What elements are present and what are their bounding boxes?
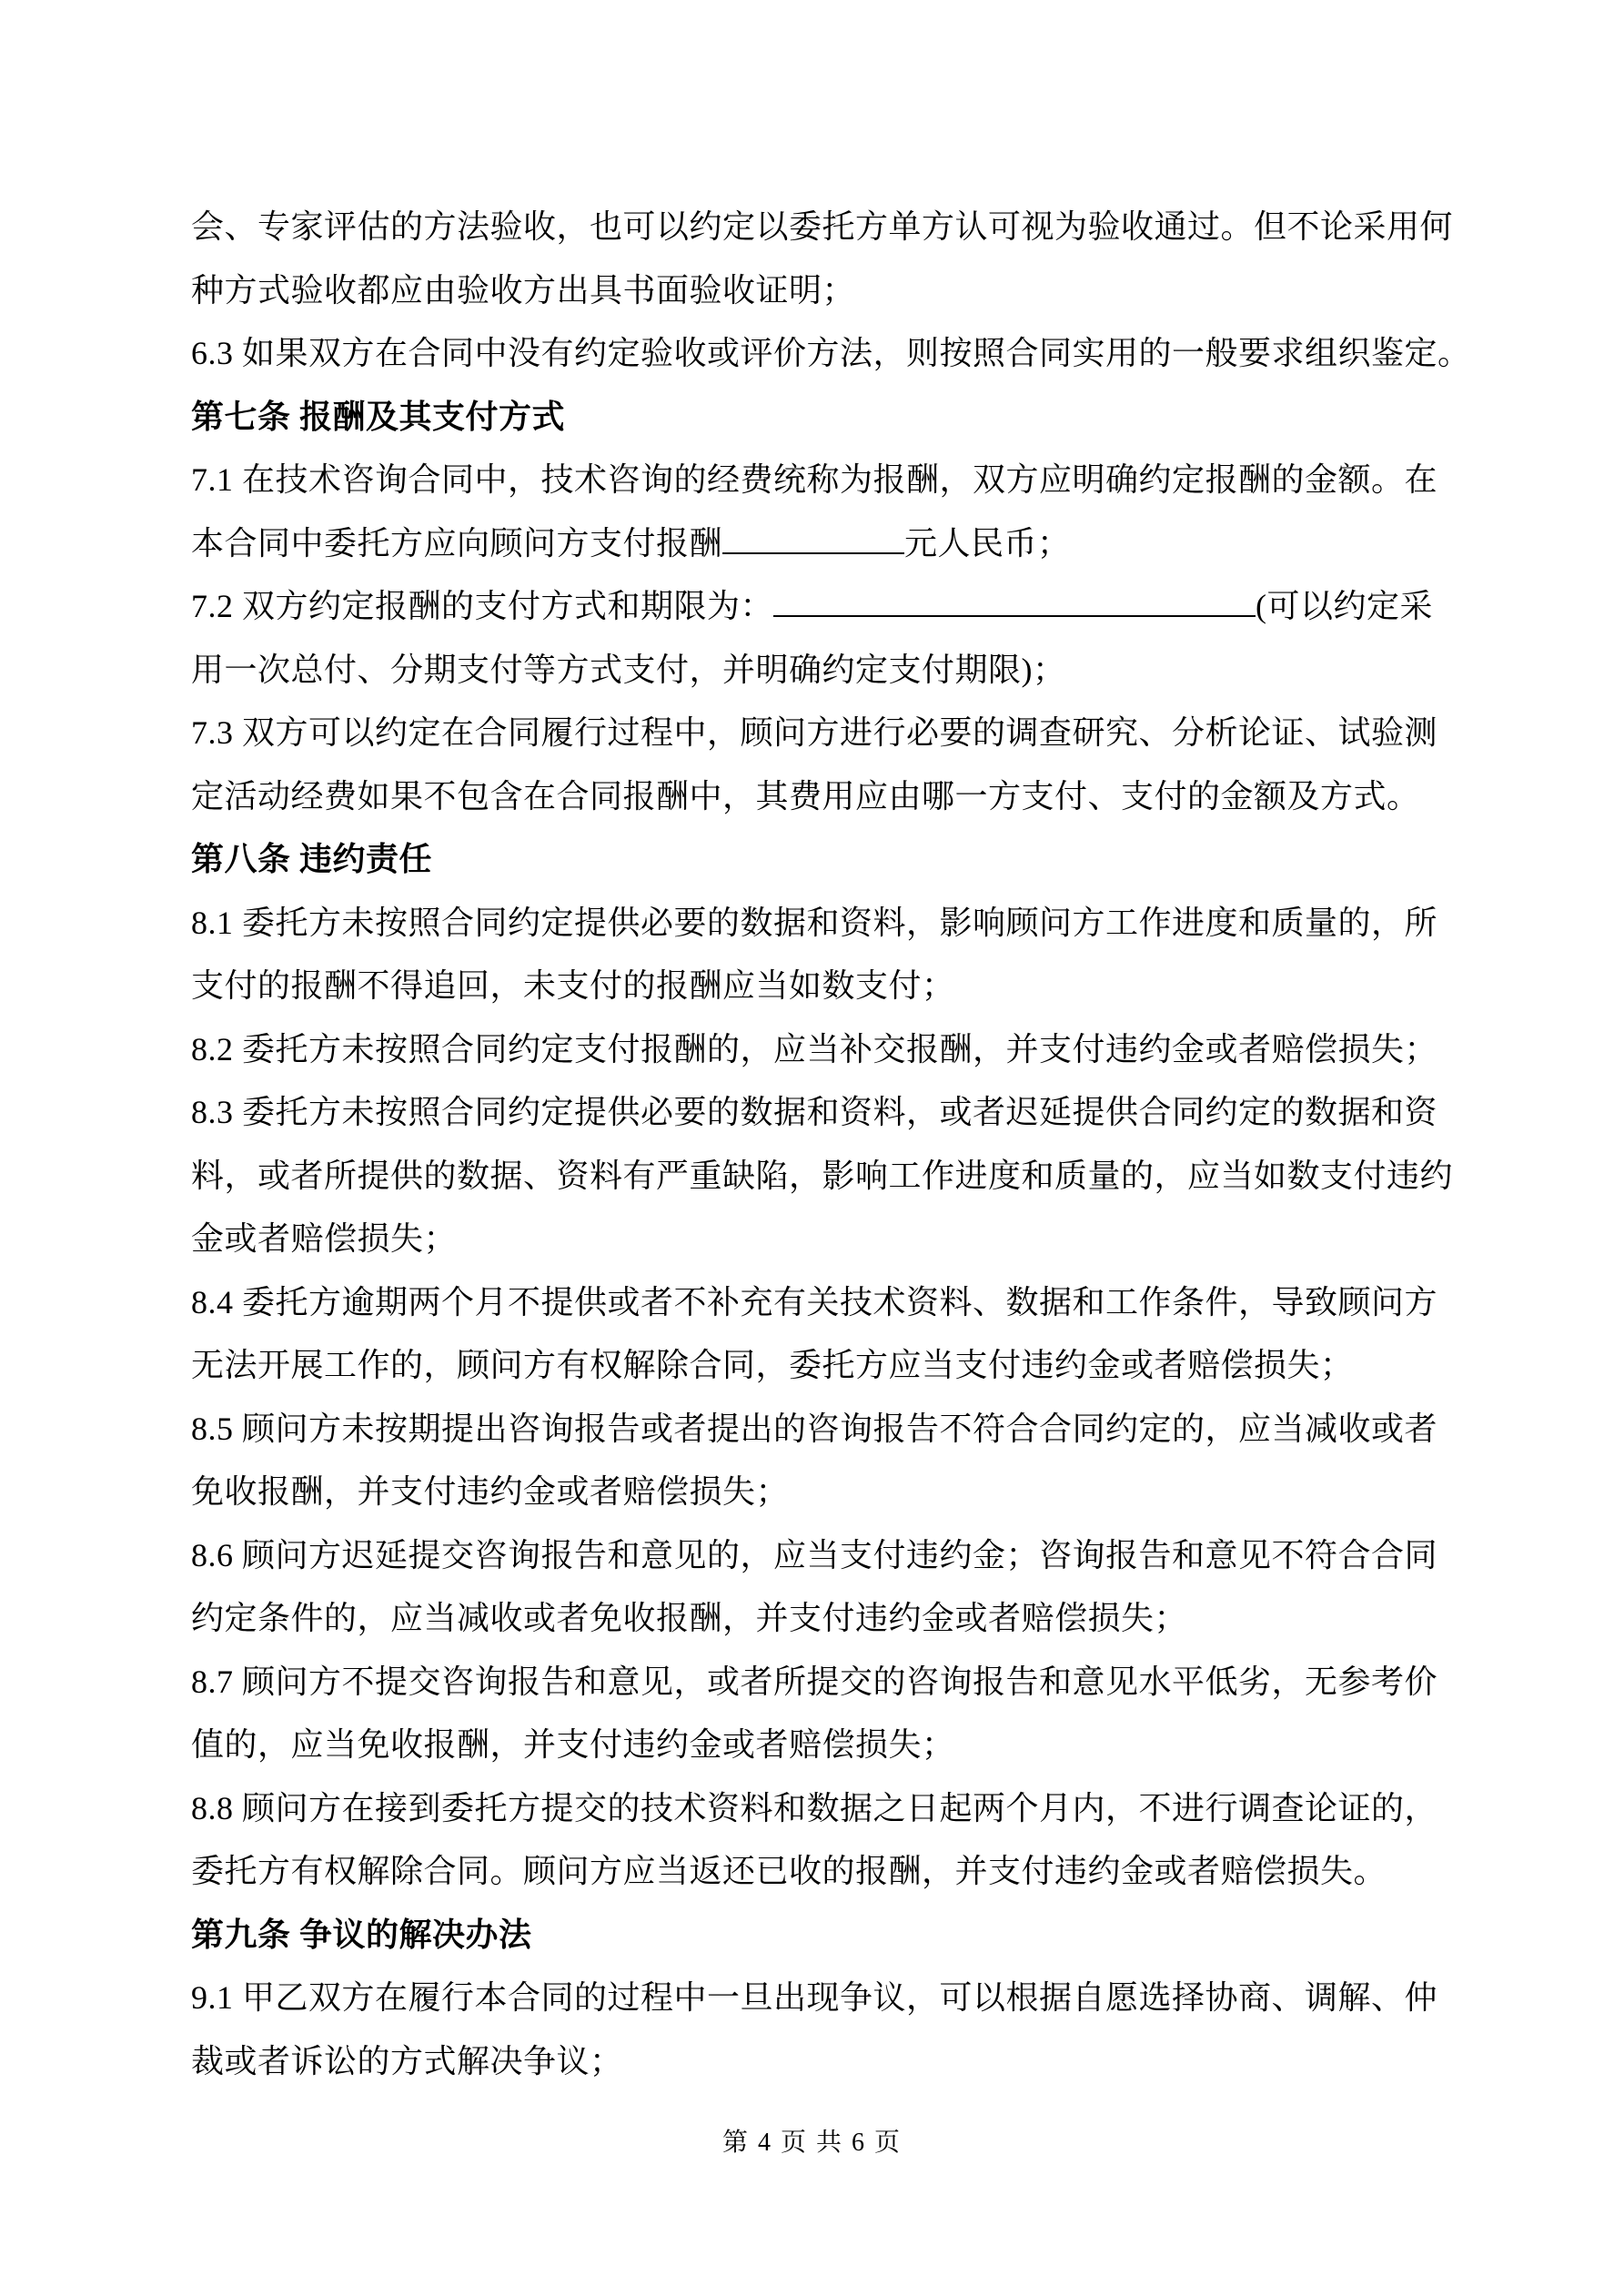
doc-line: 料，或者所提供的数据、资料有严重缺陷，影响工作进度和质量的，应当如数支付违约 xyxy=(191,1145,1483,1209)
doc-line: 8.8 顾问方在接到委托方提交的技术资料和数据之日起两个月内，不进行调查论证的， xyxy=(191,1777,1483,1841)
doc-line: 委托方有权解除合同。顾问方应当返还已收的报酬，并支付违约金或者赔偿损失。 xyxy=(191,1840,1483,1904)
fill-in-blank xyxy=(722,521,904,554)
document-page: { "document": { "lines": [ { "text": "会、… xyxy=(0,0,1624,2296)
doc-line: 7.2 双方约定报酬的支付方式和期限为：(可以约定采 xyxy=(191,575,1483,639)
fill-in-blank xyxy=(773,584,1256,617)
doc-line: 7.1 在技术咨询合同中，技术咨询的经费统称为报酬，双方应明确约定报酬的金额。在 xyxy=(191,449,1483,512)
doc-line: 8.6 顾问方迟延提交咨询报告和意见的，应当支付违约金；咨询报告和意见不符合合同 xyxy=(191,1524,1483,1588)
doc-line: 免收报酬，并支付违约金或者赔偿损失； xyxy=(191,1461,1483,1524)
doc-line: 支付的报酬不得追回，未支付的报酬应当如数支付； xyxy=(191,955,1483,1018)
doc-line: 7.3 双方可以约定在合同履行过程中，顾问方进行必要的调查研究、分析论证、试验测 xyxy=(191,702,1483,765)
doc-line: 定活动经费如果不包含在合同报酬中，其费用应由哪一方支付、支付的金额及方式。 xyxy=(191,765,1483,829)
doc-line: 8.2 委托方未按照合同约定支付报酬的，应当补交报酬，并支付违约金或者赔偿损失； xyxy=(191,1018,1483,1082)
doc-line: 无法开展工作的，顾问方有权解除合同，委托方应当支付违约金或者赔偿损失； xyxy=(191,1334,1483,1398)
doc-line: 约定条件的，应当减收或者免收报酬，并支付违约金或者赔偿损失； xyxy=(191,1587,1483,1651)
doc-line: 用一次总付、分期支付等方式支付，并明确约定支付期限)； xyxy=(191,639,1483,703)
doc-line: 会、专家评估的方法验收，也可以约定以委托方单方认可视为验收通过。但不论采用何 xyxy=(191,196,1483,259)
page-number: 第 4 页 共 6 页 xyxy=(722,2129,902,2157)
page-footer: 第 4 页 共 6 页 xyxy=(0,2122,1624,2159)
contract-text: 会、专家评估的方法验收，也可以约定以委托方单方认可视为验收通过。但不论采用何种方… xyxy=(191,196,1483,2093)
doc-line: 8.3 委托方未按照合同约定提供必要的数据和资料，或者迟延提供合同约定的数据和资 xyxy=(191,1081,1483,1145)
doc-line: 本合同中委托方应向顾问方支付报酬元人民币； xyxy=(191,512,1483,576)
doc-line: 值的，应当免收报酬，并支付违约金或者赔偿损失； xyxy=(191,1714,1483,1777)
doc-line: 9.1 甲乙双方在履行本合同的过程中一旦出现争议，可以根据自愿选择协商、调解、仲 xyxy=(191,1967,1483,2030)
section-heading: 第九条 争议的解决办法 xyxy=(191,1904,1483,1967)
doc-line: 8.4 委托方逾期两个月不提供或者不补充有关技术资料、数据和工作条件，导致顾问方 xyxy=(191,1271,1483,1335)
doc-line: 8.1 委托方未按照合同约定提供必要的数据和资料，影响顾问方工作进度和质量的，所 xyxy=(191,892,1483,956)
doc-line: 8.7 顾问方不提交咨询报告和意见，或者所提交的咨询报告和意见水平低劣，无参考价 xyxy=(191,1651,1483,1714)
doc-line: 金或者赔偿损失； xyxy=(191,1208,1483,1271)
section-heading: 第七条 报酬及其支付方式 xyxy=(191,386,1483,450)
doc-line: 6.3 如果双方在合同中没有约定验收或评价方法，则按照合同实用的一般要求组织鉴定… xyxy=(191,322,1483,386)
doc-line: 种方式验收都应由验收方出具书面验收证明； xyxy=(191,259,1483,323)
section-heading: 第八条 违约责任 xyxy=(191,828,1483,892)
doc-line: 8.5 顾问方未按期提出咨询报告或者提出的咨询报告不符合合同约定的，应当减收或者 xyxy=(191,1398,1483,1462)
doc-line: 裁或者诉讼的方式解决争议； xyxy=(191,2030,1483,2094)
